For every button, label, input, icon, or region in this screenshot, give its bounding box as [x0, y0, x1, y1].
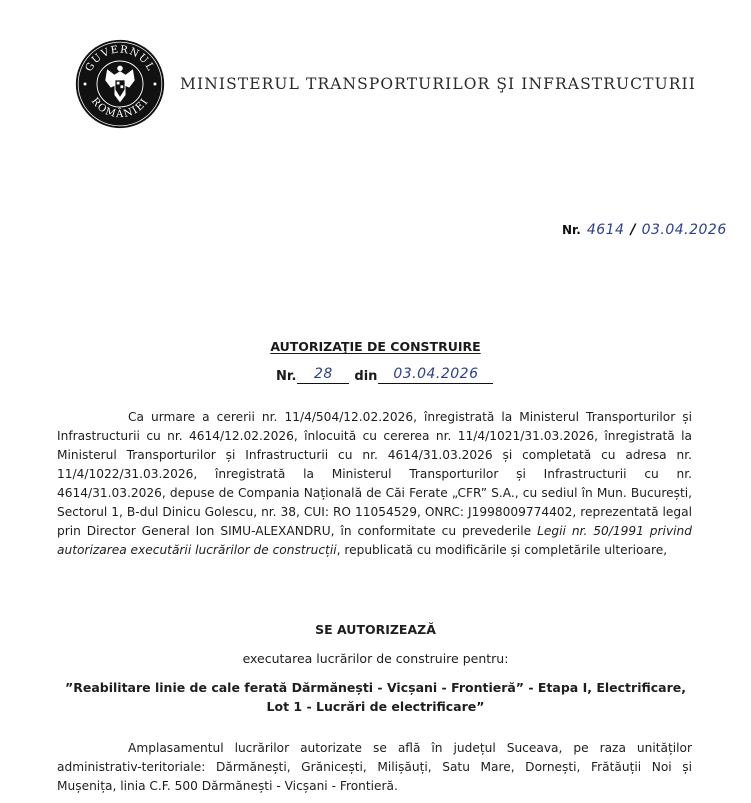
project-name-line2: Lot 1 - Lucrări de electrificare” [0, 697, 751, 716]
authorization-subheading: executarea lucrărilor de construire pent… [0, 651, 751, 666]
din-label: din [354, 369, 377, 384]
registration-number: Nr. 4614 / 03.04.2026 [562, 222, 727, 238]
authorization-heading: SE AUTORIZEAZĂ [0, 622, 751, 637]
nr-label: Nr. [276, 369, 296, 384]
registration-date-handwritten: 03.04.2026 [642, 222, 727, 238]
project-name: ”Reabilitare linie de cale ferată Dărmăn… [0, 678, 751, 716]
letterhead: GUVERNUL ROMÂNIEI [74, 38, 166, 130]
registration-number-handwritten: 4614 [587, 222, 625, 238]
paragraph1-text-end: , republicată cu modificările și complet… [337, 543, 667, 557]
din-field: 03.04.2026 [378, 366, 493, 384]
document-page: GUVERNUL ROMÂNIEI MINISTERUL TRANSPORTUR… [0, 0, 751, 803]
nr-field: 28 [297, 366, 349, 384]
document-title-text: AUTORIZAŢIE DE CONSTRUIRE [270, 339, 480, 354]
nr-value-handwritten: 28 [314, 366, 333, 382]
paragraph1-text: Ca urmare a cererii nr. 11/4/504/12.02.2… [57, 410, 692, 538]
paragraph-location: Amplasamentul lucrărilor autorizate se a… [57, 739, 692, 796]
authorization-number-line: Nr. 28 din 03.04.2026 [276, 366, 498, 384]
registration-separator: / [630, 222, 635, 238]
project-name-line1: ”Reabilitare linie de cale ferată Dărmăn… [0, 678, 751, 697]
registration-label: Nr. [562, 223, 581, 237]
paragraph-request-details: Ca urmare a cererii nr. 11/4/504/12.02.2… [57, 408, 692, 560]
din-value-handwritten: 03.04.2026 [393, 366, 478, 382]
government-seal-icon: GUVERNUL ROMÂNIEI [74, 38, 166, 130]
ministry-name: MINISTERUL TRANSPORTURILOR ŞI INFRASTRUC… [180, 75, 696, 93]
paragraph2-text: Amplasamentul lucrărilor autorizate se a… [57, 741, 692, 793]
document-title: AUTORIZAŢIE DE CONSTRUIRE [0, 339, 751, 354]
